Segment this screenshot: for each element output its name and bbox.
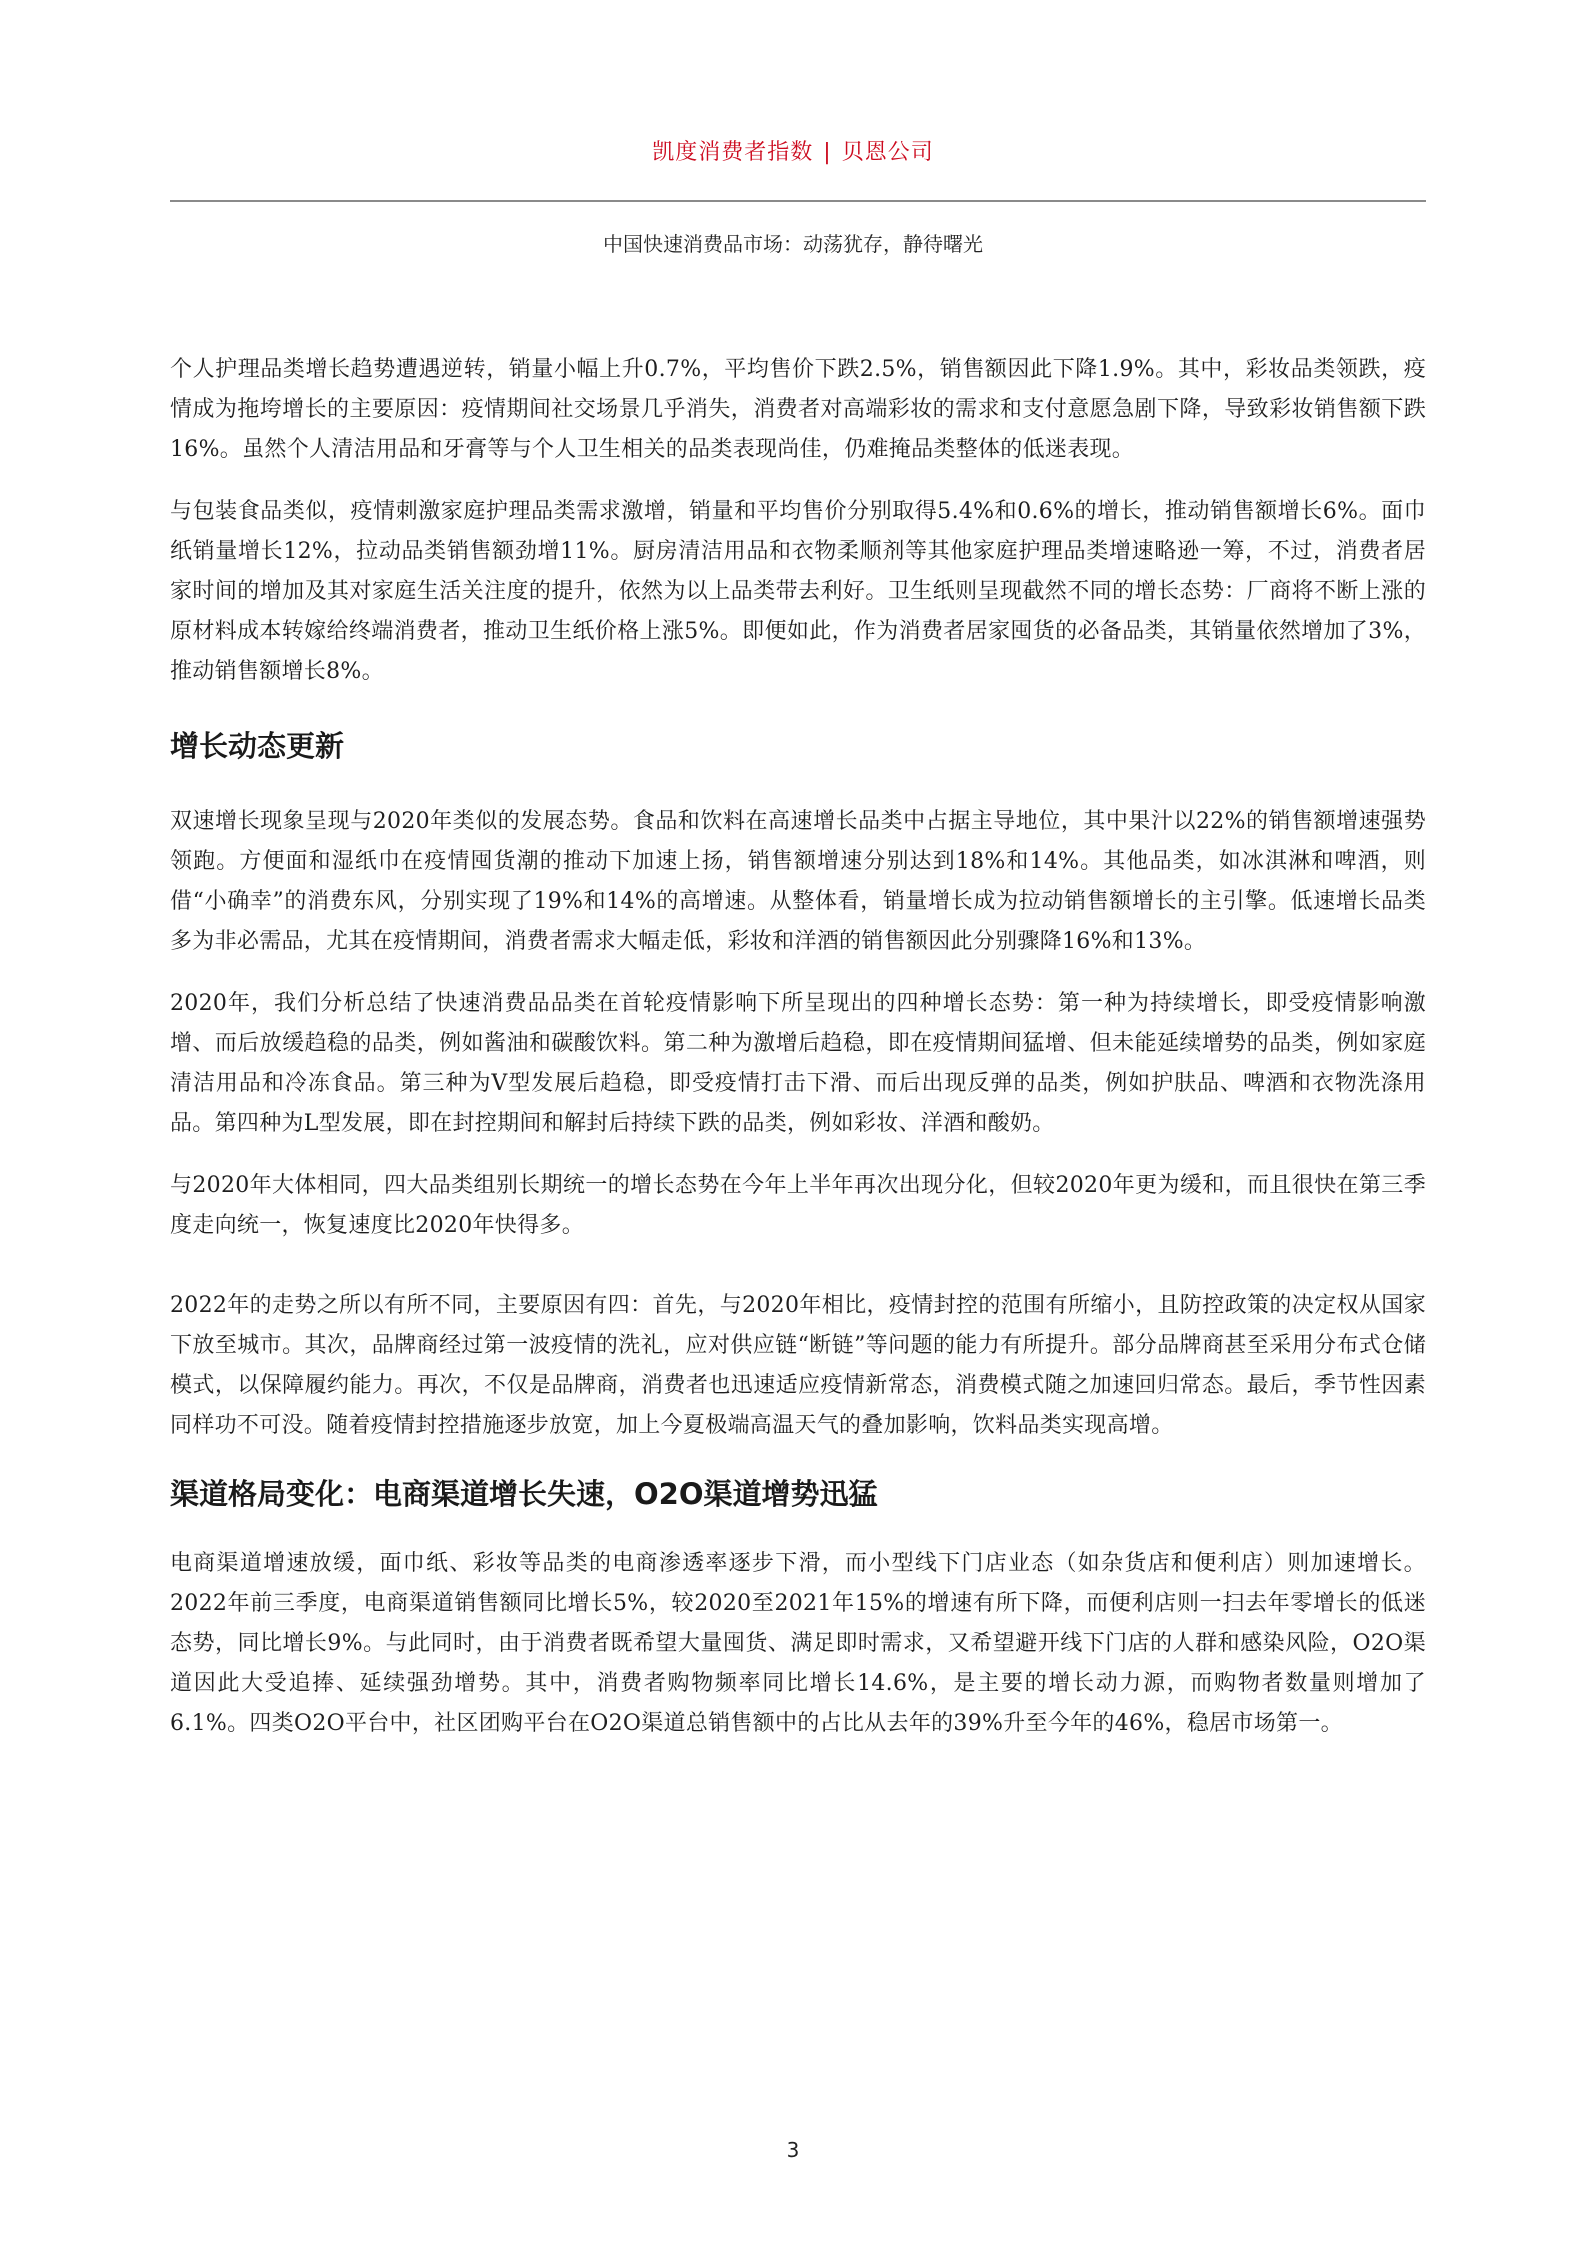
paragraph-four-growth-patterns: 2020年，我们分析总结了快速消费品品类在首轮疫情影响下所呈现出的四种增长态势：… — [170, 984, 1426, 1144]
brand-bain: 贝恩公司 — [842, 140, 934, 165]
section-heading-growth-update: 增长动态更新 — [170, 726, 1426, 766]
header-divider — [170, 200, 1426, 202]
page-number: 3 — [0, 2138, 1586, 2162]
report-header-brand: 凯度消费者指数|贝恩公司 — [0, 135, 1586, 166]
brand-kantar: 凯度消费者指数 — [652, 140, 813, 165]
brand-separator: | — [823, 140, 831, 165]
page-content: 个人护理品类增长趋势遭遇逆转，销量小幅上升0.7%，平均售价下跌2.5%，销售额… — [170, 350, 1426, 1766]
paragraph-personal-care: 个人护理品类增长趋势遭遇逆转，销量小幅上升0.7%，平均售价下跌2.5%，销售额… — [170, 350, 1426, 470]
paragraph-ecommerce-o2o: 电商渠道增速放缓，面巾纸、彩妆等品类的电商渗透率逐步下滑，而小型线下门店业态（如… — [170, 1544, 1426, 1744]
document-subtitle: 中国快速消费品市场：动荡犹存，静待曙光 — [0, 228, 1586, 257]
paragraph-2020-comparison: 与2020年大体相同，四大品类组别长期统一的增长态势在今年上半年再次出现分化，但… — [170, 1166, 1426, 1246]
paragraph-two-speed-growth: 双速增长现象呈现与2020年类似的发展态势。食品和饮料在高速增长品类中占据主导地… — [170, 802, 1426, 962]
section-heading-channel-change: 渠道格局变化：电商渠道增长失速，O2O渠道增势迅猛 — [170, 1474, 1426, 1514]
paragraph-2022-reasons: 2022年的走势之所以有所不同，主要原因有四：首先，与2020年相比，疫情封控的… — [170, 1286, 1426, 1446]
paragraph-home-care: 与包装食品类似，疫情刺激家庭护理品类需求激增，销量和平均售价分别取得5.4%和0… — [170, 492, 1426, 692]
